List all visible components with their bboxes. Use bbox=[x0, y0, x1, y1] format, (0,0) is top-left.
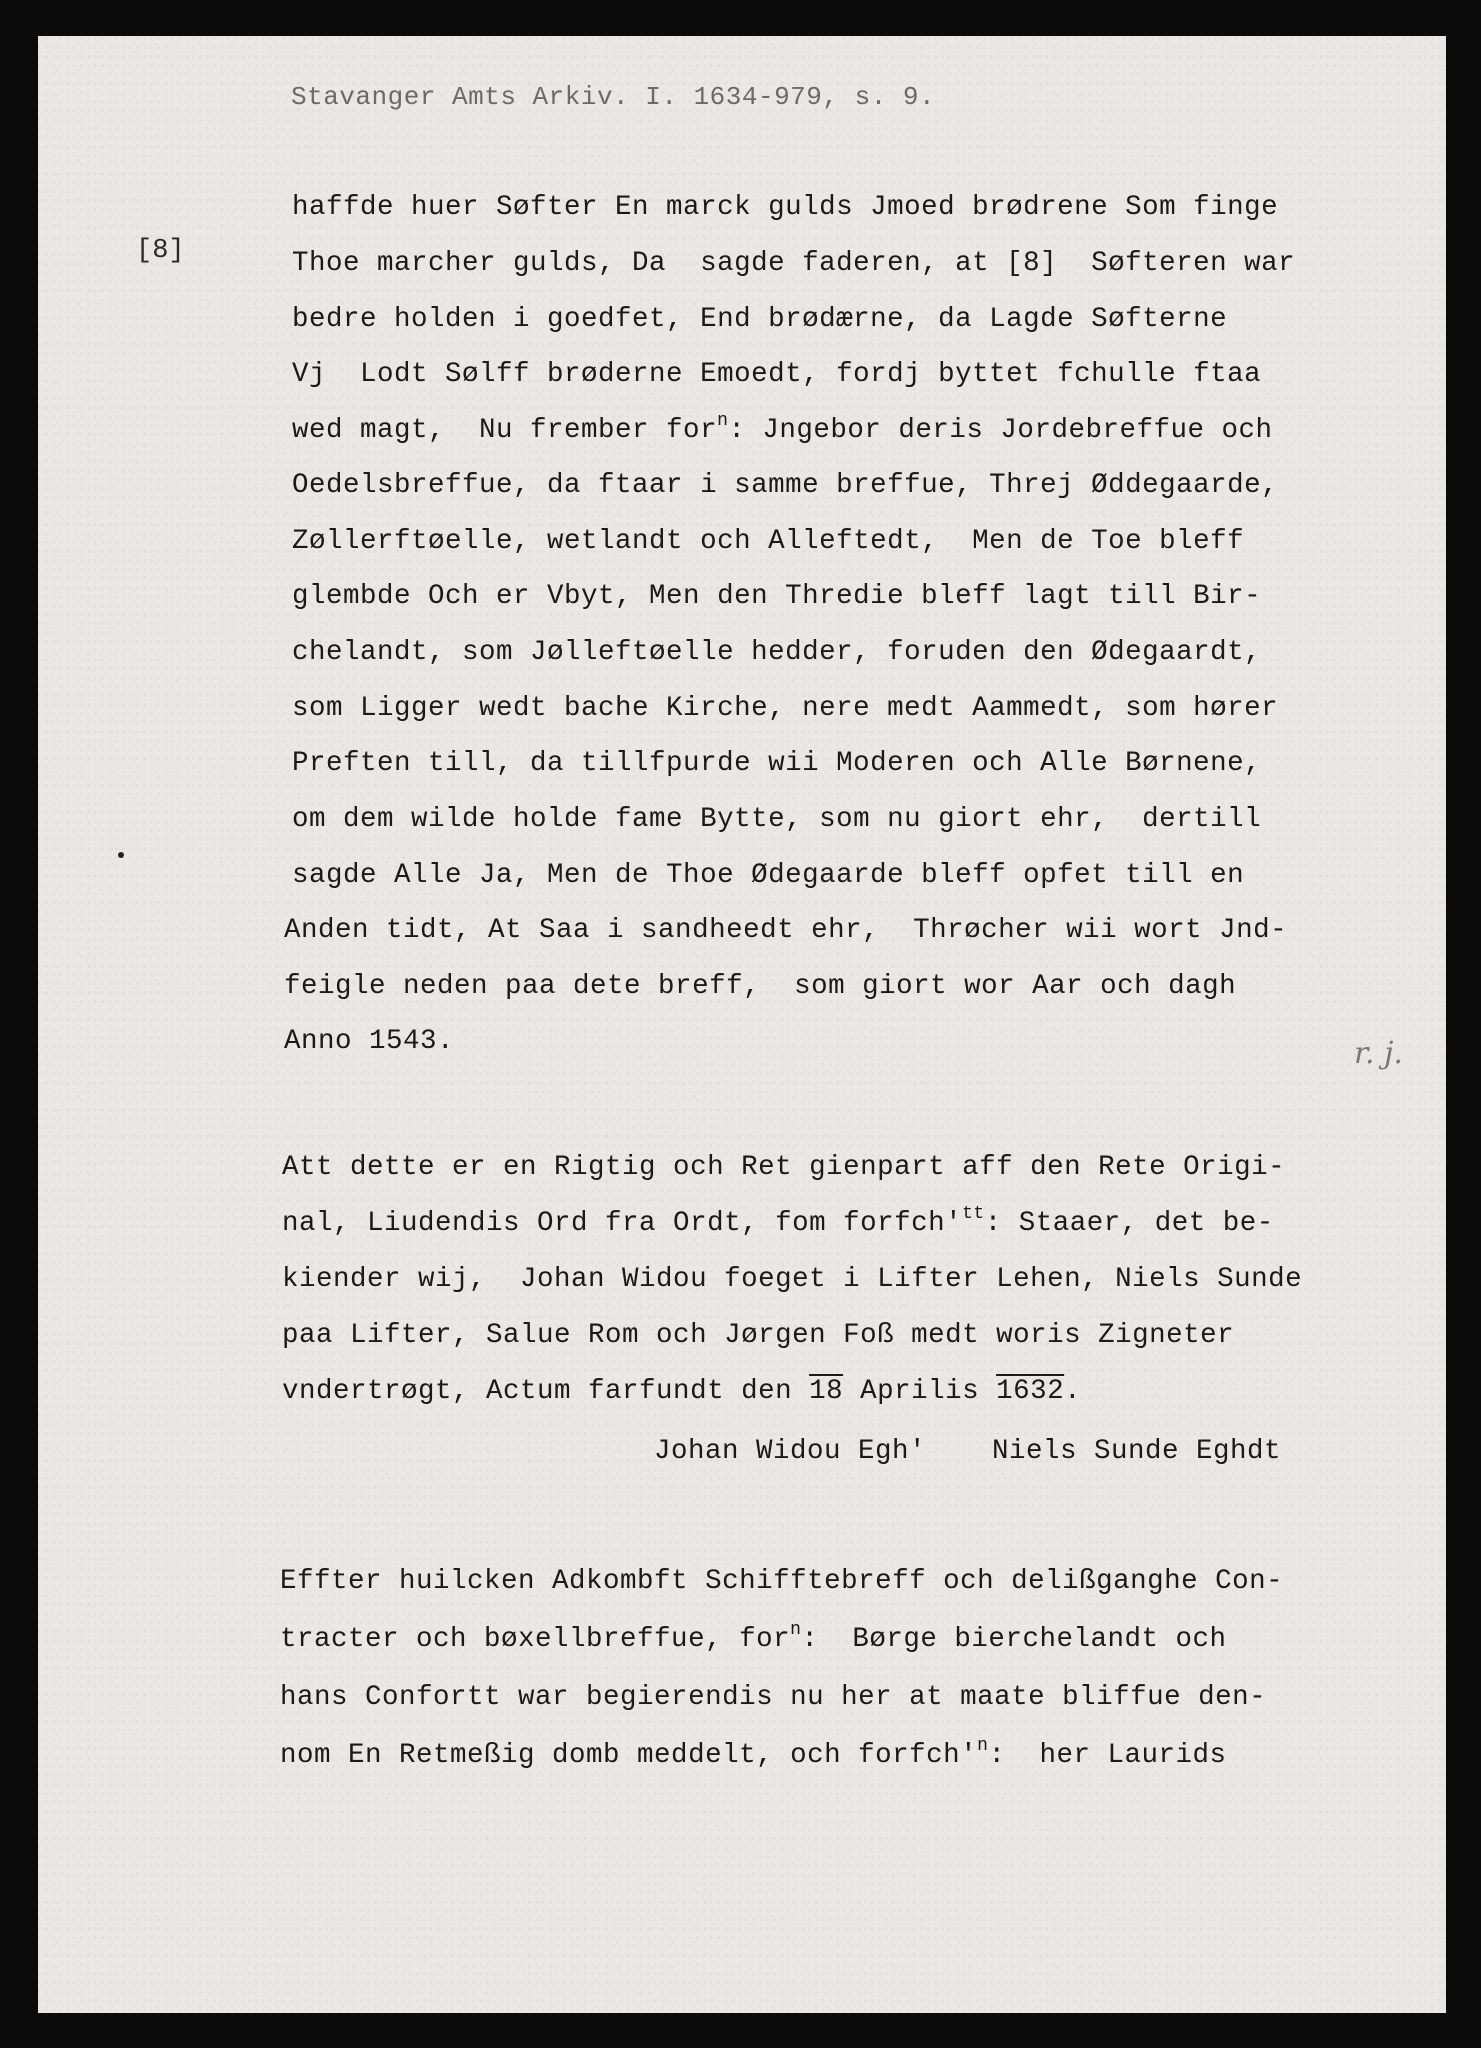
superscript: n bbox=[717, 411, 728, 431]
text-line: nal, Liudendis Ord fra Ordt, fom forfch'… bbox=[282, 1210, 1274, 1238]
text-line: tracter och bøxellbreffue, forn: Børge b… bbox=[280, 1626, 1226, 1654]
text-line: Thoe marcher gulds, Da sagde faderen, at… bbox=[292, 250, 1295, 278]
text-segment: : Jngebor deris Jordebreffue och bbox=[728, 415, 1272, 446]
text-segment: : Børge bierchelandt och bbox=[801, 1624, 1226, 1655]
superscript: n bbox=[977, 1736, 988, 1756]
text-line: Oedelsbreffue, da ftaar i samme breffue,… bbox=[292, 472, 1278, 500]
text-line: feigle neden paa dete breff, som giort w… bbox=[284, 973, 1236, 1001]
text-line: paa Lifter, Salue Rom och Jørgen Foß med… bbox=[282, 1322, 1234, 1350]
text-line: hans Confortt war begierendis nu her at … bbox=[280, 1684, 1266, 1712]
text-line: wed magt, Nu frember forn: Jngebor deris… bbox=[292, 417, 1272, 445]
text-line: Anden tidt, At Saa i sandheedt ehr, Thrø… bbox=[284, 917, 1287, 945]
text-line: nom En Retmeßig domb meddelt, och forfch… bbox=[280, 1742, 1226, 1770]
text-segment: wed magt, Nu frember for bbox=[292, 415, 717, 446]
date-day: 18 bbox=[809, 1376, 843, 1407]
text-line: vndertrøgt, Actum farfundt den 18 Aprili… bbox=[282, 1378, 1081, 1406]
scanned-page: Stavanger Amts Arkiv. I. 1634-979, s. 9.… bbox=[38, 36, 1446, 2013]
signature-johan-widou: Johan Widou Egh' bbox=[654, 1438, 926, 1466]
text-line: bedre holden i goedfet, End brødærne, da… bbox=[292, 306, 1227, 334]
text-segment: nom En Retmeßig domb meddelt, och forfch… bbox=[280, 1740, 977, 1771]
text-segment: . bbox=[1064, 1376, 1081, 1407]
margin-dot bbox=[118, 852, 124, 858]
archive-header: Stavanger Amts Arkiv. I. 1634-979, s. 9. bbox=[291, 84, 935, 110]
text-segment: : Staaer, det be- bbox=[985, 1208, 1274, 1239]
text-line: kiender wij, Johan Widou foeget i Lifter… bbox=[282, 1266, 1302, 1294]
text-segment: tracter och bøxellbreffue, for bbox=[280, 1624, 790, 1655]
text-line: Vj Lodt Sølff brøderne Emoedt, fordj byt… bbox=[292, 361, 1261, 389]
text-line: chelandt, som Jølleftøelle hedder, forud… bbox=[292, 639, 1261, 667]
text-line: Zøllerftøelle, wetlandt och Alleftedt, M… bbox=[292, 528, 1244, 556]
text-line: Att dette er en Rigtig och Ret gienpart … bbox=[282, 1154, 1285, 1182]
text-line: Anno 1543. bbox=[284, 1028, 454, 1056]
text-line: som Ligger wedt bache Kirche, nere medt … bbox=[292, 695, 1278, 723]
text-line: Preften till, da tillfpurde wii Moderen … bbox=[292, 750, 1261, 778]
text-line: om dem wilde holde fame Bytte, som nu gi… bbox=[292, 806, 1261, 834]
text-segment: nal, Liudendis Ord fra Ordt, fom forfch' bbox=[282, 1208, 962, 1239]
handwritten-note: r. j. bbox=[1354, 1036, 1403, 1071]
text-line: Effter huilcken Adkombft Schifftebreff o… bbox=[280, 1568, 1283, 1596]
date-year: 1632 bbox=[996, 1376, 1064, 1407]
text-segment: : her Laurids bbox=[988, 1740, 1226, 1771]
text-line: sagde Alle Ja, Men de Thoe Ødegaarde ble… bbox=[292, 862, 1244, 890]
superscript: tt bbox=[962, 1204, 985, 1224]
date-month: Aprilis bbox=[843, 1376, 996, 1407]
signature-niels-sunde: Niels Sunde Eghdt bbox=[992, 1438, 1281, 1466]
text-line: glembde Och er Vbyt, Men den Thredie ble… bbox=[292, 583, 1261, 611]
superscript: n bbox=[790, 1620, 801, 1640]
text-segment: vndertrøgt, Actum farfundt den bbox=[282, 1376, 809, 1407]
text-line: haffde huer Søfter En marck gulds Jmoed … bbox=[292, 194, 1278, 222]
margin-page-marker: [8] bbox=[136, 236, 185, 266]
